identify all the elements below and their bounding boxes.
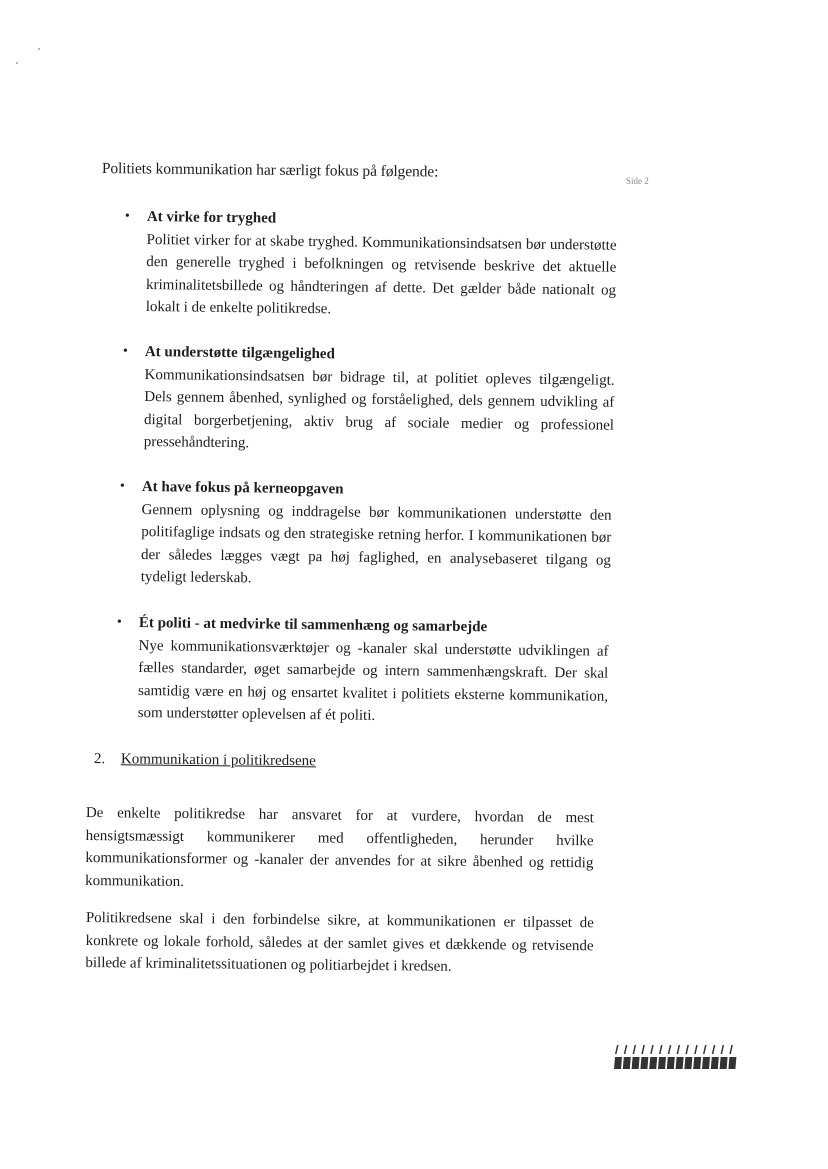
bullet-icon: • xyxy=(125,206,130,229)
focus-item-body: Politiet virker for at skabe tryghed. Ko… xyxy=(146,228,617,324)
focus-item-body: Gennem oplysning og inddragelse bør komm… xyxy=(141,498,612,594)
focus-item-tryghed: • At virke for tryghed Politiet virker f… xyxy=(146,206,617,324)
focus-item-body: Kommunikationsindsatsen bør bidrage til,… xyxy=(144,363,615,459)
focus-item-kerneopgaven: • At have fokus på kerneopgaven Gennem o… xyxy=(141,476,612,594)
bullet-icon: • xyxy=(123,341,128,364)
barcode-icon xyxy=(612,1043,740,1071)
focus-item-et-politi: • Ét politi - at medvirke til sammenhæng… xyxy=(138,612,609,730)
bullet-icon: • xyxy=(120,476,125,499)
section-number: 2. xyxy=(94,751,105,767)
intro-sentence: Politiets kommunikation har særligt foku… xyxy=(102,160,439,182)
paragraph-ansvar: De enkelte politikredse har ansvaret for… xyxy=(85,802,594,897)
paragraph-tilpasning: Politikredsene skal i den forbindelse si… xyxy=(85,907,594,980)
focus-item-body: Nye kommunikationsværktøjer og -kanaler … xyxy=(138,634,609,730)
scanned-document-page: Politiets kommunikation har særligt foku… xyxy=(0,0,828,1169)
section-heading: 2. Kommunikation i politikredsene xyxy=(94,751,316,770)
section-title: Kommunikation i politikredsene xyxy=(121,751,316,769)
focus-item-tilgaengelighed: • At understøtte tilgængelighed Kommunik… xyxy=(144,341,615,459)
page-number: Side 2 xyxy=(626,176,649,186)
bullet-icon: • xyxy=(117,612,122,635)
